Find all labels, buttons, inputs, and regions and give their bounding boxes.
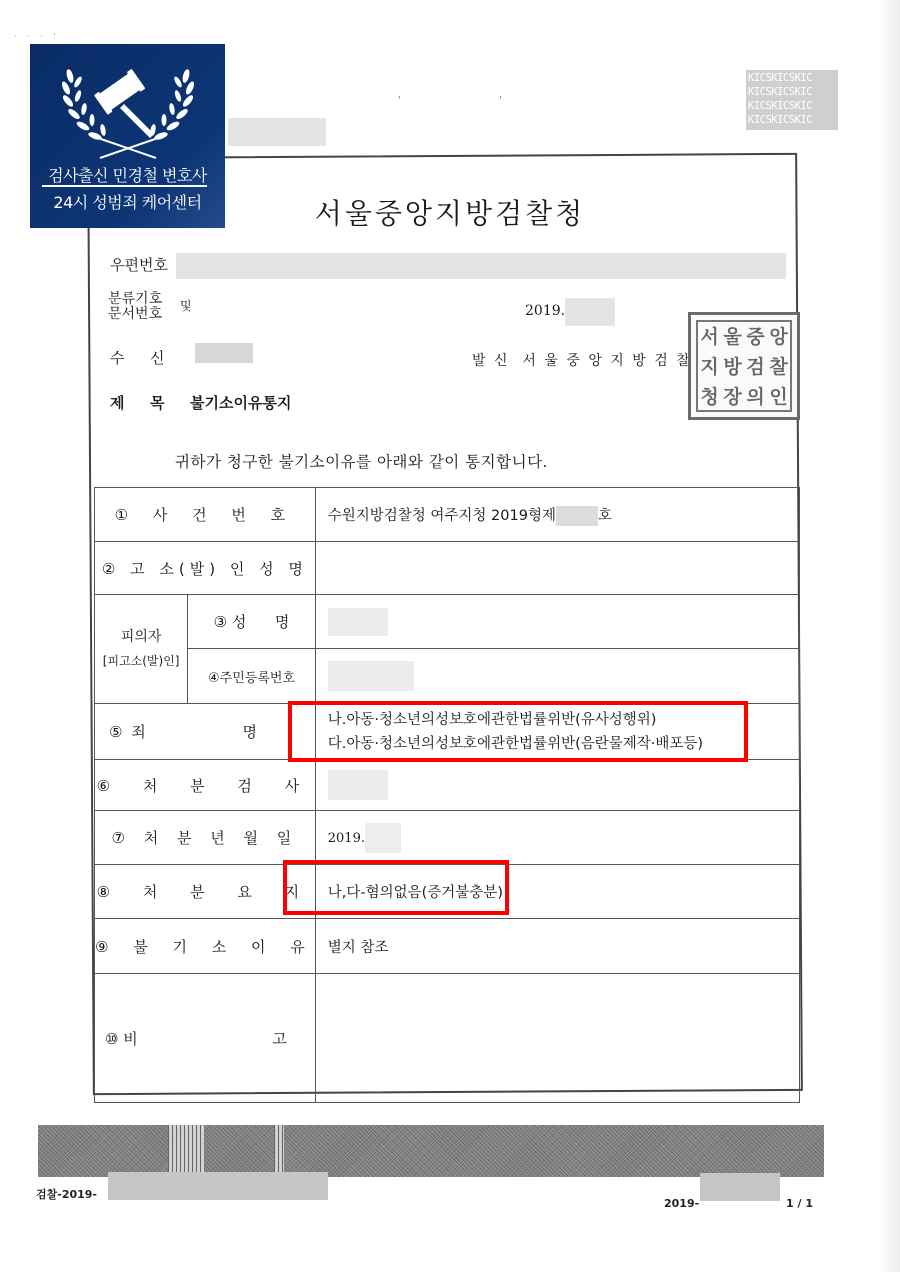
seal-char: 앙 (767, 322, 790, 352)
barcode-segment (274, 1125, 284, 1177)
redacted-recipient (195, 343, 253, 363)
seal-char: 울 (721, 322, 744, 352)
scan-specks: ' ' (398, 96, 550, 106)
seal-char: 중 (744, 322, 767, 352)
seal-char: 검 (744, 352, 767, 382)
case-number-value: 수원지방검찰청 여주지청 2019형제호 (315, 488, 799, 542)
resident-number-label: ④주민등록번호 (188, 649, 315, 704)
table-row: ② 고 소(발) 인 성 명 (95, 542, 800, 595)
case-number-label: ① 사 건 번 호 (95, 488, 316, 542)
case-info-table: ① 사 건 번 호 수원지방검찰청 여주지청 2019형제호 ② 고 소(발) … (94, 487, 800, 1103)
logo-divider (42, 185, 207, 187)
resident-number-value (315, 649, 799, 704)
footer-page-number: 1 / 1 (786, 1197, 813, 1210)
seal-char: 방 (721, 352, 744, 382)
classification-label-line1: 분류기호 (108, 292, 162, 307)
logo-subtitle: 24시 성범죄 케어센터 (30, 190, 225, 213)
table-row: ④주민등록번호 (95, 649, 800, 704)
seal-char: 장 (721, 382, 744, 412)
page-edge-shadow (878, 0, 900, 1272)
redacted-footer-date (700, 1173, 780, 1201)
remarks-label: ⑩ 비 고 (95, 974, 316, 1103)
seal-char: 서 (698, 322, 721, 352)
disposition-highlight-box (283, 860, 509, 915)
footer-barcode (38, 1125, 824, 1177)
suspect-group-label: 피의자 [피고소(발)인] (95, 595, 188, 704)
watermark-row: KICSKICSKIC (748, 71, 836, 85)
seal-char: 지 (698, 352, 721, 382)
seal-char: 찰 (767, 352, 790, 382)
table-row: ① 사 건 번 호 수원지방검찰청 여주지청 2019형제호 (95, 488, 800, 542)
redacted-postal-address (176, 253, 786, 279)
redacted-prosecutor (328, 770, 388, 800)
footer-document-code: 검찰-2019- (36, 1186, 97, 1202)
complainant-name-label: ② 고 소(발) 인 성 명 (95, 542, 316, 595)
disposition-date-label: ⑦ 처 분 년 월 일 (95, 811, 316, 865)
recipient-label-1: 수 (110, 347, 125, 368)
seal-char: 인 (767, 382, 790, 412)
redacted-case-number (556, 506, 598, 526)
law-office-logo: 검사출신 민경철 변호사 24시 성범죄 케어센터 (30, 44, 225, 228)
suspect-name-value (315, 595, 799, 649)
scan-specks: · · · ' (14, 32, 59, 41)
subject-label-1: 제 (110, 392, 125, 413)
table-row: ⑦ 처 분 년 월 일 2019. (95, 811, 800, 865)
disposition-date-text: 2019. (328, 831, 365, 846)
prosecutor-label: ⑥ 처 분 검 사 (95, 760, 316, 811)
watermark-row: KICSKICSKIC (748, 85, 836, 99)
complainant-name-value (315, 542, 799, 595)
charge-highlight-box (288, 701, 748, 762)
gavel-laurel-icon (58, 54, 198, 162)
redacted-date (565, 298, 615, 326)
remarks-value (315, 974, 799, 1103)
non-indictment-reason-value: 별지 참조 (315, 919, 799, 974)
notice-text: 귀하가 청구한 불기소이유를 아래와 같이 통지합니다. (175, 450, 548, 472)
official-seal-icon: 서 울 중 앙 지 방 검 찰 청 장 의 인 (688, 312, 800, 420)
classification-label-line2: 문서번호 (108, 307, 162, 322)
table-row: ⑨ 불 기 소 이 유 별지 참조 (95, 919, 800, 974)
subject-label-2: 목 (150, 392, 165, 413)
table-row: 피의자 [피고소(발)인] ③ 성 명 (95, 595, 800, 649)
barcode-segment (168, 1125, 204, 1177)
table-row: ⑥ 처 분 검 사 (95, 760, 800, 811)
prosecutor-value (315, 760, 799, 811)
classification-and: 및 (180, 297, 192, 314)
subject: 불기소이유통지 (190, 392, 291, 413)
classification-label: 분류기호 문서번호 (108, 292, 162, 322)
logo-title: 검사출신 민경철 변호사 (30, 163, 225, 186)
footer-date: 2019- (664, 1197, 699, 1210)
suspect-sublabel: [피고소(발)인] (95, 649, 187, 673)
recipient-label-2: 신 (150, 347, 165, 368)
seal-char: 의 (744, 382, 767, 412)
non-indictment-reason-label: ⑨ 불 기 소 이 유 (95, 919, 316, 974)
watermark-row: KICSKICSKIC (748, 113, 836, 127)
suspect-label: 피의자 (95, 625, 187, 649)
suspect-name-label: ③ 성 명 (188, 595, 315, 649)
redacted-disposition-date (365, 823, 401, 853)
table-row: ⑩ 비 고 (95, 974, 800, 1103)
remarks-label-left: ⑩ 비 (105, 1028, 138, 1049)
charge-label: ⑤ 죄 명 (95, 704, 316, 760)
case-number-text: 수원지방검찰청 여주지청 2019형제 (328, 508, 556, 524)
redacted-resident-number (328, 661, 414, 691)
watermark-row: KICSKICSKIC (748, 99, 836, 113)
postal-label: 우편번호 (110, 254, 168, 275)
disposition-date-value: 2019. (315, 811, 799, 865)
seal-char: 청 (698, 382, 721, 412)
redacted-block (228, 118, 326, 146)
remarks-label-right: 고 (272, 1028, 287, 1049)
kics-watermark: KICSKICSKIC KICSKICSKIC KICSKICSKIC KICS… (746, 70, 838, 130)
document-date: 2019. (525, 303, 565, 319)
sender: 발 신 서 울 중 앙 지 방 검 찰 (472, 350, 692, 370)
redacted-suspect-name (328, 608, 388, 636)
redacted-footer-code (108, 1172, 328, 1200)
case-number-suffix: 호 (598, 508, 612, 524)
